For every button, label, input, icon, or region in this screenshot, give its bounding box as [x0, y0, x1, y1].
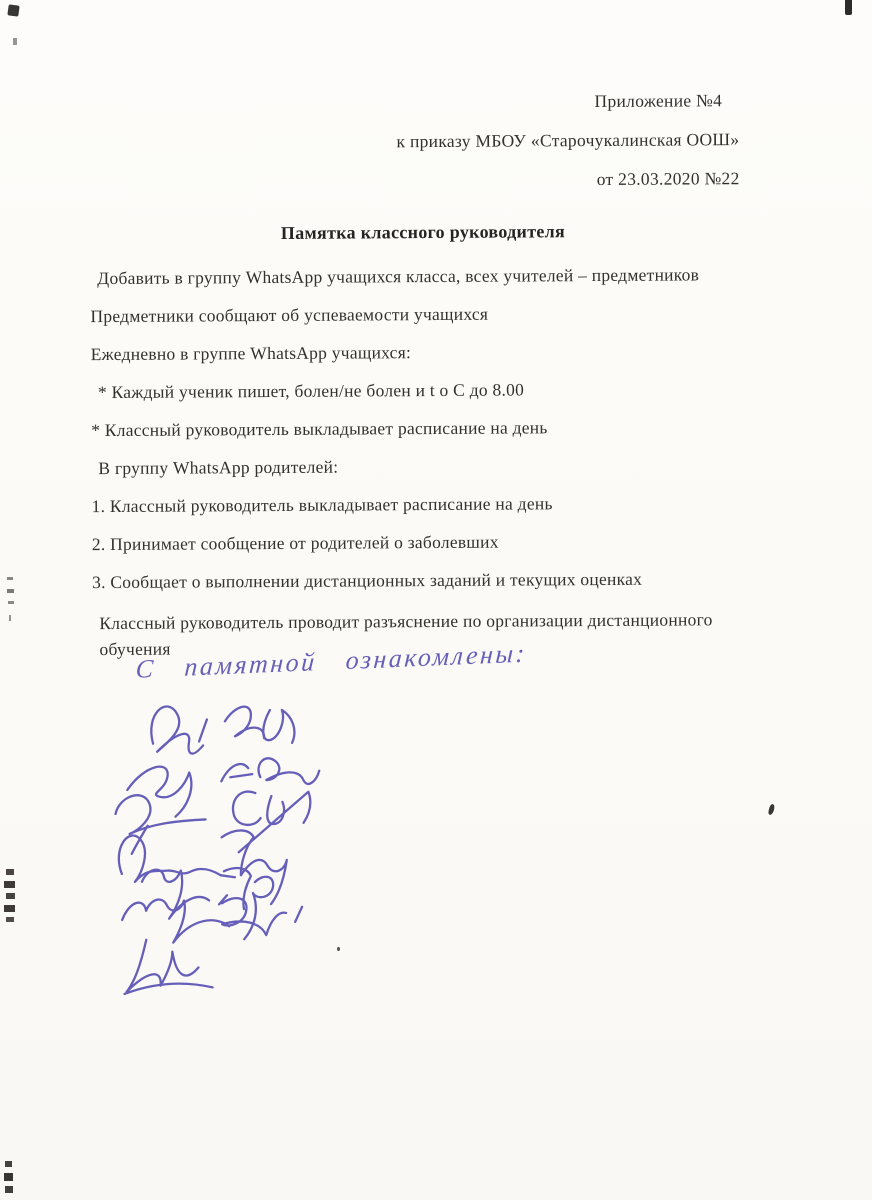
memo-line: В группу WhatsApp родителей:: [91, 454, 761, 478]
scan-artifact: [4, 881, 15, 888]
scan-content: Приложение №4 к приказу МБОУ «Старочукал…: [0, 0, 872, 1200]
signature-scribble: [119, 835, 235, 882]
signature-scribble: [122, 895, 229, 943]
appendix-line: Приложение №4: [0, 89, 871, 133]
memo-line: Предметники сообщают об успеваемости уча…: [90, 302, 760, 326]
document-title: Памятка классного руководителя: [0, 219, 859, 245]
signature-scribble: [222, 898, 302, 936]
signature-scribble: [224, 868, 274, 939]
scanned-document-page: Приложение №4 к приказу МБОУ «Старочукал…: [0, 0, 872, 1200]
scan-artifact: [4, 905, 15, 912]
signatures-block: [93, 681, 355, 1003]
scan-artifact: [7, 4, 19, 16]
signature-scribble: [115, 795, 205, 854]
memo-bullet: * Каждый ученик пишет, болен/не болен и …: [91, 378, 761, 402]
scan-artifact: [5, 1186, 13, 1193]
signature-scribble: [124, 939, 212, 994]
scan-artifact: [337, 947, 340, 951]
order-date-line: от 23.03.2020 №22: [0, 167, 872, 211]
signature-scribble: [221, 758, 319, 784]
signature-scribble: [225, 706, 295, 743]
scan-artifact: [6, 869, 14, 875]
memo-numbered-item: 3. Сообщает о выполнении дистанционных з…: [92, 568, 762, 592]
scan-artifact: [7, 577, 13, 580]
scan-artifact: [6, 893, 15, 899]
memo-line: Добавить в группу WhatsApp учащихся клас…: [90, 264, 760, 288]
scan-artifact: [13, 38, 17, 45]
memo-bullet: * Классный руководитель выкладывает расп…: [91, 416, 761, 440]
scan-artifact: [9, 615, 11, 621]
scan-artifact: [8, 601, 14, 604]
memo-numbered-item: 2. Принимает сообщение от родителей о за…: [92, 530, 762, 554]
header-block: Приложение №4 к приказу МБОУ «Старочукал…: [0, 0, 872, 212]
scan-artifact: [6, 917, 14, 922]
scan-artifact: [4, 1173, 13, 1181]
scan-artifact: [7, 589, 14, 593]
signature-scribble: [151, 706, 207, 754]
scan-artifact: [845, 0, 852, 15]
memo-line: Ежедневно в группе WhatsApp учащихся:: [91, 340, 761, 364]
memo-numbered-item: 1. Классный руководитель выкладывает рас…: [92, 492, 762, 516]
signature-scribble: [127, 766, 191, 816]
order-reference-line: к приказу МБОУ «Старочукалинская ООШ»: [0, 128, 872, 172]
signature-scribble: [233, 791, 311, 852]
memo-body: Добавить в группу WhatsApp учащихся клас…: [0, 264, 762, 663]
scan-artifact: [5, 1161, 12, 1167]
